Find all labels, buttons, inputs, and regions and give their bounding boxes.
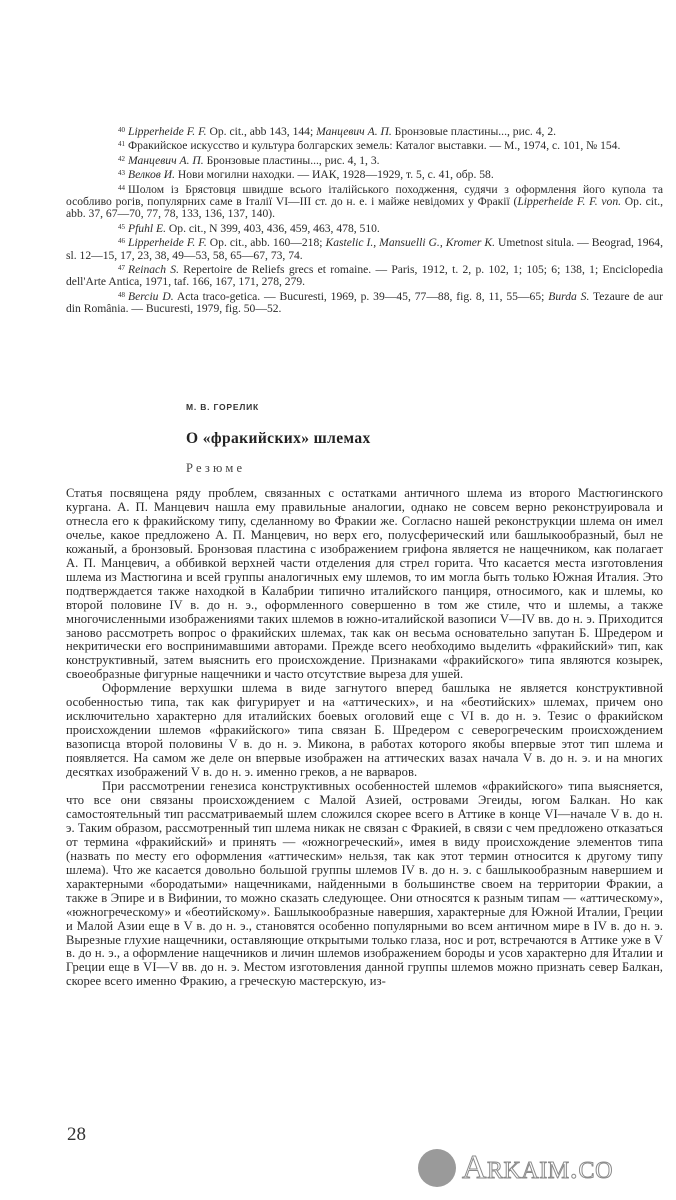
watermark-dot-icon [418, 1149, 456, 1187]
article-author: М. В. ГОРЕЛИК [186, 402, 259, 412]
watermark-text: Arkaim.co [462, 1149, 613, 1187]
footnote-text: Acta traco-getica. — Bucuresti, 1969, p.… [174, 290, 549, 303]
paragraph: Оформление верхушки шлема в виде загнуто… [66, 682, 663, 780]
footnote-number: 44 [118, 184, 125, 192]
section-heading: Резюме [186, 461, 245, 476]
footnote: 48Berciu D. Acta traco-getica. — Bucures… [66, 289, 663, 316]
footnote-author: Kastelic I., Mansuelli G., Kromer K. [326, 236, 496, 249]
footnote-author: Berciu D. [128, 290, 174, 303]
watermark: Arkaim.co [418, 1148, 613, 1188]
footnote-text: Op. cit., abb. 160—218; [207, 236, 326, 249]
paragraph: Статья посвящена ряду проблем, связанных… [66, 487, 663, 682]
footnote-author: Манцевич А. П. [316, 125, 392, 138]
footnote: 46Lipperheide F. F. Op. cit., abb. 160—2… [66, 235, 663, 262]
footnote-number: 47 [118, 264, 125, 272]
footnote-text: Нови могилни находки. — ИАК, 1928—1929, … [175, 168, 494, 181]
footnote-author: Lipperheide F. F. [128, 125, 207, 138]
footnote-text: Op. cit., abb 143, 144; [207, 125, 316, 138]
footnote-author: Pfuhl E. [128, 222, 166, 235]
footnote-author: Lipperheide F. F. von. [517, 195, 621, 208]
footnote: 47Reinach S. Repertoire de Reliefs grecs… [66, 262, 663, 289]
footnote: 43Велков И. Нови могилни находки. — ИАК,… [66, 167, 663, 181]
footnote-number: 41 [118, 140, 125, 148]
article-title: О «фракийских» шлемах [186, 430, 371, 448]
paragraph: При рассмотрении генезиса конструктивных… [66, 780, 663, 989]
book-page: 40Lipperheide F. F. Op. cit., abb 143, 1… [0, 0, 676, 1200]
footnote: 41Фракийское искусство и культура болгар… [66, 138, 663, 152]
footnote-text: Op. cit., N 399, 403, 436, 459, 463, 478… [166, 222, 380, 235]
footnote-number: 42 [118, 155, 125, 163]
footnote: 44Шолом із Брястовця швидше всього італі… [66, 182, 663, 221]
page-number: 28 [67, 1124, 86, 1146]
footnote: 42Манцевич А. П. Бронзовые пластины..., … [66, 153, 663, 167]
footnote: 45Pfuhl E. Op. cit., N 399, 403, 436, 45… [66, 221, 663, 235]
article-body: Статья посвящена ряду проблем, связанных… [66, 487, 663, 989]
footnote-number: 46 [118, 237, 125, 245]
footnote-author: Burda S. [548, 290, 589, 303]
footnote-author: Манцевич А. П. [128, 154, 204, 167]
footnote-author: Велков И. [128, 168, 175, 181]
footnote-number: 45 [118, 223, 125, 231]
footnote-text: Фракийское искусство и культура болгарск… [128, 139, 620, 152]
footnote-number: 43 [118, 169, 125, 177]
footnote-author: Lipperheide F. F. [128, 236, 207, 249]
footnotes: 40Lipperheide F. F. Op. cit., abb 143, 1… [66, 124, 663, 316]
footnote-author: Reinach S. [128, 263, 179, 276]
footnote-text: Бронзовые пластины..., рис. 4, 1, 3. [204, 154, 380, 167]
footnote-text: Бронзовые пластины..., рис. 4, 2. [392, 125, 556, 138]
footnote-number: 40 [118, 126, 125, 134]
footnote-number: 48 [118, 291, 125, 299]
footnote: 40Lipperheide F. F. Op. cit., abb 143, 1… [66, 124, 663, 138]
